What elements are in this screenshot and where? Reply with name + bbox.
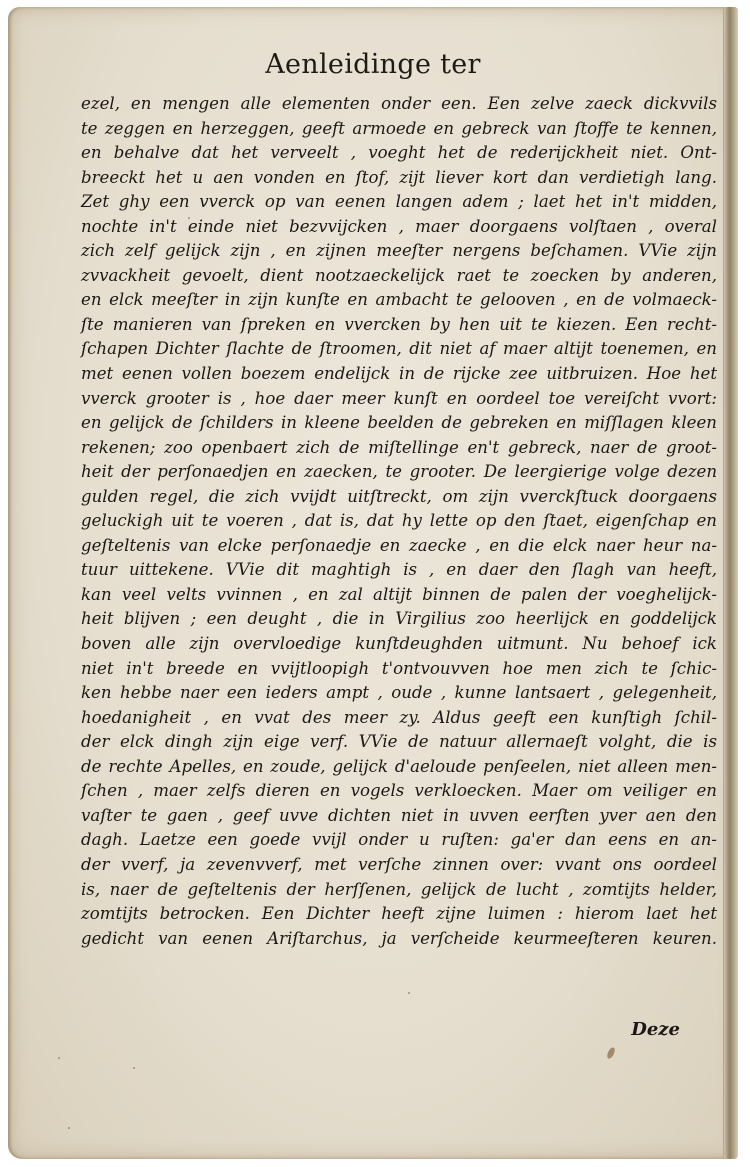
paper-speck [58, 1057, 60, 1059]
text-line: gulden regel, die zich vvijdt uitſtreckt… [81, 485, 717, 510]
text-line: geluckigh uit te voeren , dat is, dat hy… [81, 509, 717, 534]
text-line: en gelijck de ſchilders in kleene beelde… [81, 411, 717, 436]
text-line: zich zelf gelijck zijn , en zijnen meeſt… [81, 239, 717, 264]
text-line: ſchen , maer zelfs dieren en vogels verk… [81, 779, 717, 804]
text-line: is, naer de geſteltenis der herſſenen, g… [81, 878, 717, 903]
text-line: niet in't breede en vvijtloopigh t'ontvo… [81, 657, 717, 682]
text-line: rekenen; zoo openbaert zich de miſtellin… [81, 436, 717, 461]
text-line: heit blijven ; een deught , die in Virgi… [81, 607, 717, 632]
text-line: dagh. Laetze een goede vvijl onder u ruſ… [81, 828, 717, 853]
text-line: gedicht van eenen Ariſtarchus, ja verſch… [81, 927, 717, 952]
text-line: ſchapen Dichter ſlachte de ſtroomen, dit… [81, 337, 717, 362]
text-line: zomtijts betrocken. Een Dichter heeft zi… [81, 902, 717, 927]
text-line: kan veel velts vvinnen , en zal altijt b… [81, 583, 717, 608]
text-line: ezel, en mengen alle elementen onder een… [81, 92, 717, 117]
running-head: Aenleidinge ter [8, 49, 738, 80]
text-line: zvvackheit gevoelt, dient nootzaeckelijc… [81, 264, 717, 289]
text-line: Zet ghy een vverck op van eenen langen a… [81, 190, 717, 215]
text-line: ſte manieren van ſpreken en vvercken by … [81, 313, 717, 338]
text-line: hoedanigheit , en vvat des meer zy. Aldu… [81, 706, 717, 731]
text-line: tuur uittekene. VVie dit maghtigh is , e… [81, 558, 717, 583]
catchword: Deze [631, 1019, 680, 1040]
paper-speck [68, 1127, 70, 1129]
text-line: en behalve dat het verveelt , voeght het… [81, 141, 717, 166]
text-line: en elck meeſter in zijn kunſte en ambach… [81, 288, 717, 313]
text-line: de rechte Apelles, en zoude, gelijck d'a… [81, 755, 717, 780]
text-line: te zeggen en herzeggen, geeft armoede en… [81, 117, 717, 142]
paper-speck [408, 992, 410, 994]
paper-speck [133, 1067, 135, 1069]
text-line: nochte in't einde niet bezvvijcken , mae… [81, 215, 717, 240]
book-page: Aenleidinge ter ezel, en mengen alle ele… [8, 7, 738, 1159]
text-line: ken hebbe naer een ieders ampt , oude , … [81, 681, 717, 706]
text-line: heit der perſonaedjen en zaecken, te gro… [81, 460, 717, 485]
text-line: boven alle zijn overvloedige kunſtdeughd… [81, 632, 717, 657]
text-line: vaſter te gaen , geef uvve dichten niet … [81, 804, 717, 829]
body-text: ezel, en mengen alle elementen onder een… [81, 92, 717, 951]
text-line: geſteltenis van elcke perſonaedje en zae… [81, 534, 717, 559]
text-line: breeckt het u aen vonden en ſtof, zijt l… [81, 166, 717, 191]
text-line: der elck dingh zijn eige verf. VVie de n… [81, 730, 717, 755]
paper-speck [188, 217, 190, 219]
text-line: vverck grooter is , hoe daer meer kunſt … [81, 387, 717, 412]
paper-stain [606, 1046, 617, 1059]
text-line: met eenen vollen boezem endelijck in de … [81, 362, 717, 387]
text-line: der vverf, ja zevenvverf, met verſche zi… [81, 853, 717, 878]
book-gutter [724, 7, 738, 1159]
